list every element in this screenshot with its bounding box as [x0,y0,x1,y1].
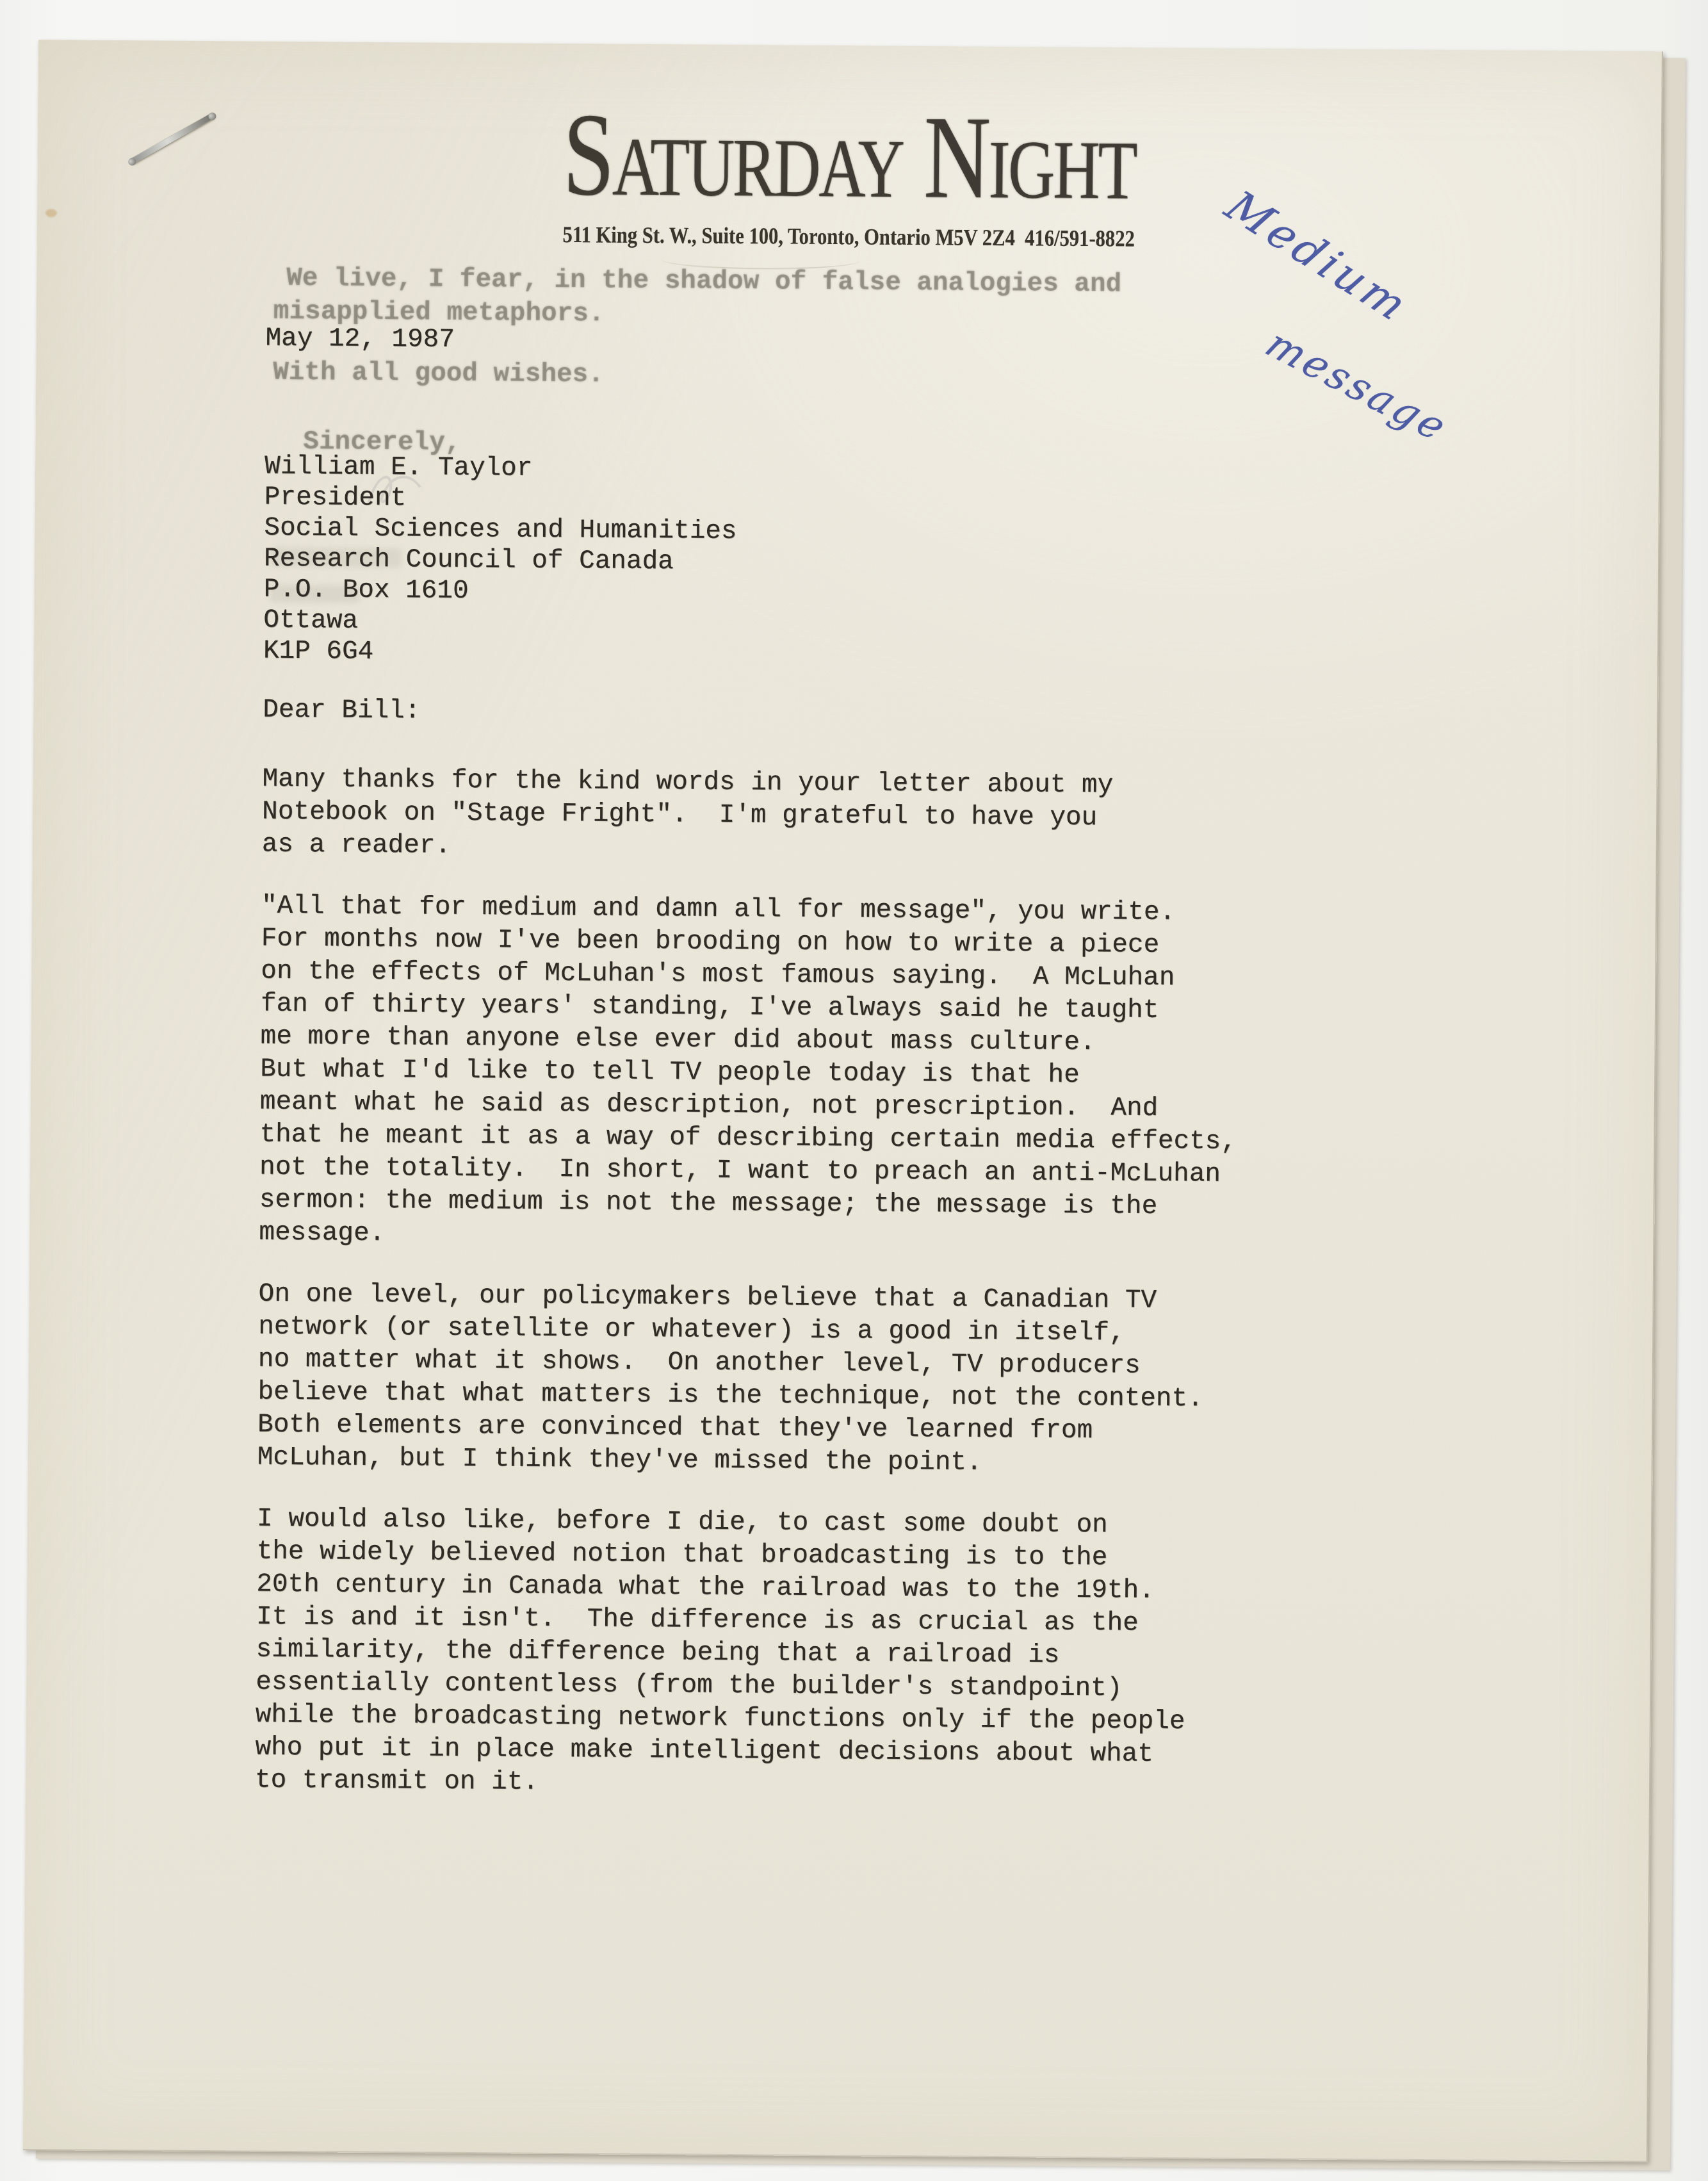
letterhead-logo: Saturday Night [216,88,1483,225]
recipient-line: William E. Taylor [264,452,737,486]
recipient-line: K1P 6G4 [263,636,736,670]
typed-line: to transmit on it. [255,1765,1185,1804]
salutation: Dear Bill: [263,694,420,728]
handwritten-note-word-2: message [1258,320,1458,450]
paper-crease [267,1960,415,2042]
body-paragraph-4: I would also like, before I die, to cast… [255,1503,1187,1804]
body-paragraph-1: Many thanks for the kind words in your l… [262,764,1114,868]
typed-line: McLuhan, but I think they've missed the … [257,1442,1203,1482]
recipient-line: Ottawa [263,605,736,639]
recipient-line: P.O. Box 1610 [264,575,736,609]
recipient-line: President [264,482,737,516]
body-paragraph-2: "All that for medium and damn all for me… [259,890,1239,1257]
letter-date: May 12, 1987 [265,323,455,357]
recipient-line: Social Sciences and Humanities [264,513,736,547]
recipient-line: Research Council of Canada [264,544,736,578]
paper-stain-spot [45,209,57,217]
ghost-bleedthrough-line: We live, I fear, in the shadow of false … [286,263,1121,302]
ghost-bleedthrough-line: With all good wishes. [273,357,604,392]
staple-bar [129,113,215,165]
letter-page: Saturday Night 511 King St. W., Suite 10… [23,40,1663,2162]
body-paragraph-3: On one level, our policymakers believe t… [257,1278,1204,1482]
staple [129,113,215,166]
scanned-letter-screenshot: { "scan": { "paper_color": "#ebe7da", "b… [0,0,1708,2181]
typed-line: as a reader. [262,829,1113,868]
recipient-address-block: William E. TaylorPresidentSocial Science… [263,452,738,670]
